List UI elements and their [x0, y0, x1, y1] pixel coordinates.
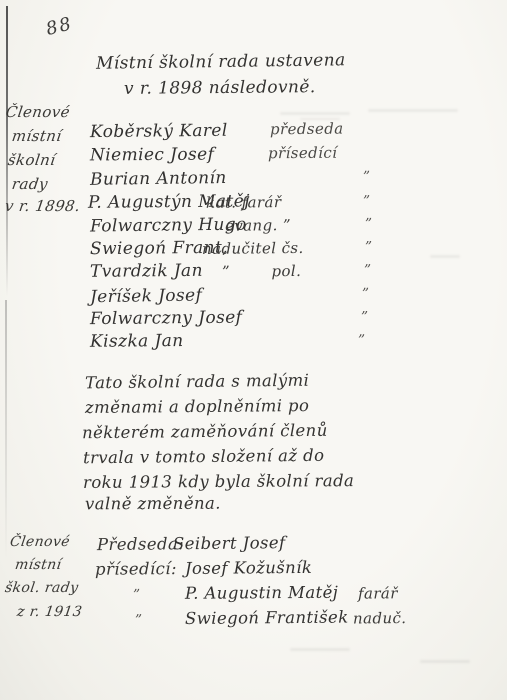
- member-role-ditto: ”: [365, 239, 373, 255]
- member-role: předseda: [270, 119, 344, 138]
- paragraph-line: valně změněna.: [85, 494, 221, 514]
- paragraph-line: trvala v tomto složení až do: [83, 446, 325, 468]
- member-role: přísedící: [268, 144, 337, 162]
- member-role-ditto: ”: [365, 216, 373, 232]
- document-page: 88 Místní školní rada ustavena v r. 1898…: [0, 0, 507, 700]
- member-label-ditto: ”: [133, 587, 141, 603]
- member-role-ditto: ”: [358, 332, 366, 348]
- member-name: Folwarczny Josef: [90, 308, 243, 330]
- member-name: Niemiec Josef: [90, 145, 214, 166]
- member-name: Seibert Josef: [173, 533, 286, 553]
- heading-line-1: Místní školní rada ustavena: [96, 50, 346, 73]
- member-label: Předseda:: [97, 534, 184, 554]
- scan-smudge: [368, 109, 458, 112]
- member-role-ditto: ”: [364, 262, 372, 278]
- member-role-ditto: ”: [361, 309, 369, 325]
- member-role-ditto: ”: [363, 169, 371, 185]
- margin-note-line: místní: [14, 557, 63, 573]
- council-1898-row: Kiszka Jan ”: [90, 328, 500, 354]
- member-label: přísedící:: [95, 559, 177, 579]
- council-1898-row: Tvardzik Jan ” pol. ”: [90, 258, 500, 284]
- council-1898-row: Koběrský Karel předseda: [90, 118, 500, 144]
- paragraph-line: roku 1913 kdy byla školní rada: [83, 471, 354, 492]
- margin-note-line: v r. 1898.: [4, 197, 82, 215]
- paragraph-line: Tato školní rada s malými: [85, 371, 310, 393]
- council-1913-row: ” P. Augustin Matěj farář: [95, 582, 500, 607]
- council-1913-row: přísedící: Josef Kožušník: [95, 556, 500, 582]
- member-name: Jeříšek Josef: [90, 285, 203, 307]
- member-name: Folwarczny Hugo: [90, 215, 247, 237]
- member-note: nadučitel čs.: [202, 239, 304, 258]
- council-1898-row: P. Augustýn Matěj kat. farář ”: [88, 189, 498, 215]
- paragraph-line: změnami a doplněními po: [85, 396, 309, 417]
- scan-smudge: [420, 660, 470, 663]
- council-1898-row: Folwarczny Josef ”: [90, 305, 500, 331]
- member-role-ditto: ”: [363, 193, 371, 209]
- council-1898-row: Swiegoń Frant, nadučitel čs. ”: [90, 235, 500, 261]
- council-1913-row: ” Swiegoń František naduč.: [95, 606, 500, 632]
- margin-note-line: Členové: [5, 103, 72, 121]
- member-note: farář: [358, 584, 398, 602]
- margin-note-line: rady: [11, 175, 49, 193]
- margin-note-line: škol. rady: [4, 580, 80, 596]
- member-note: naduč.: [353, 609, 407, 627]
- member-name: Koběrský Karel: [90, 121, 228, 142]
- binding-edge-line: [6, 6, 8, 296]
- page-number: 88: [44, 13, 75, 40]
- council-1913-row: Předseda: Seibert Josef: [95, 531, 500, 557]
- member-name: Josef Kožušník: [185, 558, 312, 578]
- council-1898-row: Folwarczny Hugo evang. ” ”: [90, 211, 500, 238]
- margin-note-line: z r. 1913: [16, 604, 83, 620]
- member-label-ditto: ”: [135, 612, 143, 628]
- binding-edge-line-faint: [5, 300, 7, 560]
- member-name: Tvardzik Jan: [90, 261, 203, 282]
- margin-note-line: Členové: [9, 534, 71, 550]
- margin-note-line: školní: [7, 151, 57, 169]
- scan-smudge: [280, 112, 350, 115]
- member-note: ” pol.: [222, 262, 301, 281]
- council-1898-row: Niemiec Josef přísedící: [90, 143, 500, 168]
- member-role-ditto: ”: [362, 286, 370, 302]
- scan-smudge: [290, 648, 350, 651]
- member-name: Kiszka Jan: [90, 331, 184, 352]
- member-note: kat. farář: [206, 193, 282, 212]
- council-1898-row: Burian Antonín ”: [90, 164, 500, 192]
- member-note: evang. ”: [225, 216, 291, 235]
- member-name: P. Augustin Matěj: [185, 583, 338, 603]
- heading-line-2: v r. 1898 následovně.: [124, 77, 316, 99]
- member-name: Burian Antonín: [90, 168, 227, 190]
- member-name: Swiegoń František: [185, 608, 349, 628]
- paragraph-line: některém zaměňování členů: [82, 421, 328, 443]
- margin-note-line: místní: [11, 127, 63, 145]
